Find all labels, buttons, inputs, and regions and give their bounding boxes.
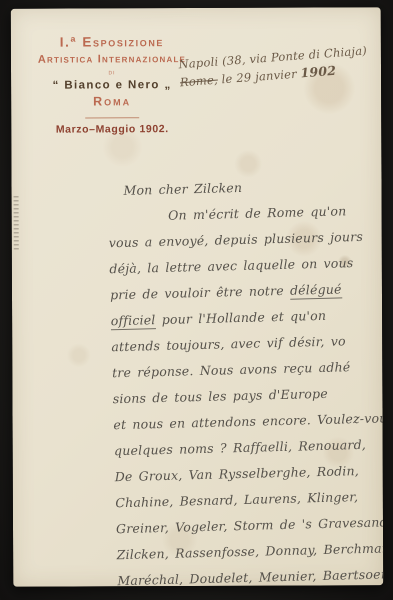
printer-mark	[14, 196, 19, 252]
dateline-struck-word: Rome,	[179, 73, 218, 90]
dateline-year: 1902	[300, 63, 337, 81]
letterhead-city: Roma	[27, 94, 197, 109]
letter-text-segment: Maréchal, Doudelet, Meunier, Baertsoen	[117, 566, 383, 586]
letter-text-segment: pour l'Hollande et qu'on	[155, 308, 326, 327]
letterhead-dates: Marzo–Maggio 1902.	[27, 123, 197, 136]
letter-text-segment: On m'écrit de Rome qu'on	[168, 203, 347, 223]
letterhead-exposition-line: I.ª Esposizione	[27, 34, 197, 50]
letterhead-divider-rule	[85, 117, 139, 118]
letter-text-segment: attends toujours, avec vif désir, vo	[111, 333, 346, 354]
letterhead-artistica-line: Artistica Internazionale	[27, 53, 197, 66]
printed-letterhead: I.ª Esposizione Artistica Internazionale…	[27, 34, 197, 136]
letter-text-segment: sions de tous les pays d'Europe	[113, 386, 328, 406]
letter-text-segment: et nous en attendons encore. Voulez-vous	[113, 410, 383, 432]
underlined-word: délégué	[290, 281, 342, 299]
letter-text-segment: De Groux, Van Rysselberghe, Rodin,	[115, 463, 360, 484]
dateline-date-text: le 29 janvier	[217, 66, 301, 86]
underlined-word: officiel	[111, 312, 156, 330]
photographed-letter: { "photo": { "background_color": "#1c1b1…	[0, 0, 393, 600]
letter-text-segment: tre réponse. Nous avons reçu adhé	[112, 359, 351, 380]
letter-text-segment: vous a envoyé, depuis plusieurs jours	[109, 229, 364, 250]
letter-text-segment: déjà, la lettre avec laquelle on vous	[109, 255, 353, 276]
letterhead-title-bianco-e-nero: “ Bianco e Nero „	[27, 79, 197, 92]
letter-text-segment: prie de vouloir être notre	[110, 283, 290, 303]
letter-text-segment: Chahine, Besnard, Laurens, Klinger,	[115, 489, 358, 510]
letter-body-lines: On m'écrit de Rome qu'onvous a envoyé, d…	[108, 197, 383, 586]
letter-text-segment: Greiner, Vogeler, Storm de 's Gravesande…	[116, 514, 383, 536]
letter-text-segment: quelques noms ? Raffaelli, Renouard,	[114, 437, 366, 458]
letter-text-segment: Zilcken, Rassenfosse, Donnay, Berchmans,	[116, 540, 383, 562]
handwritten-dateline: Napoli (38, via Ponte di Chiaja) Rome, l…	[178, 40, 383, 91]
letterhead-di: di	[27, 69, 197, 77]
letter-paper: I.ª Esposizione Artistica Internazionale…	[11, 7, 384, 587]
letter-body: Mon cher Zilcken On m'écrit de Rome qu'o…	[107, 171, 383, 586]
